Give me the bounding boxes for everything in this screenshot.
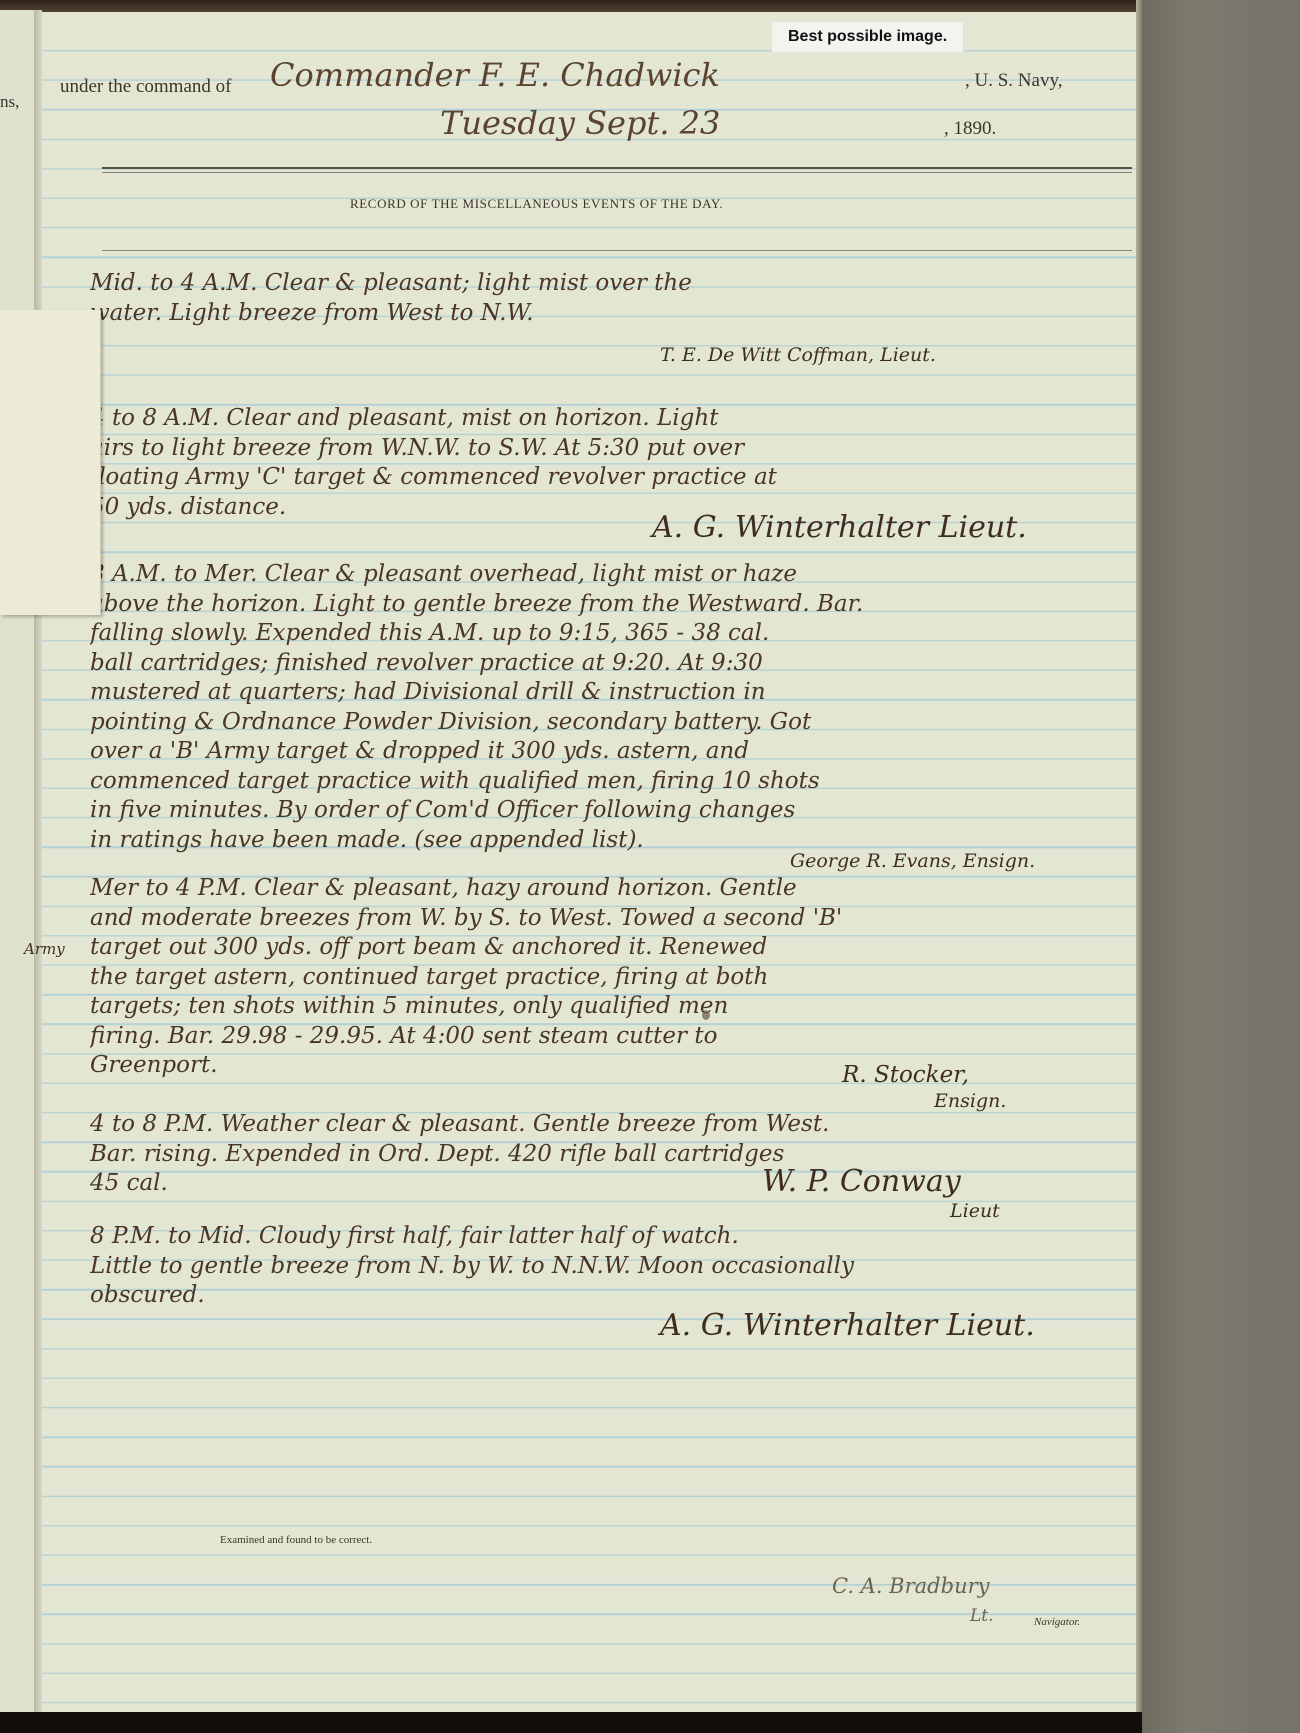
- entry-signature: T. E. De Witt Coffman, Lieut.: [660, 344, 936, 366]
- entry-line: above the horizon. Light to gentle breez…: [90, 590, 1170, 620]
- command-label: under the command of: [60, 76, 231, 98]
- header-divider-thin: [102, 172, 1132, 173]
- log-date: Tuesday Sept. 23: [440, 104, 720, 142]
- log-entry-4-to-8pm: 4 to 8 P.M. Weather clear & pleasant. Ge…: [90, 1110, 1170, 1199]
- entry-line: obscured.: [90, 1281, 1170, 1311]
- log-entry-4-to-8am: 4 to 8 A.M. Clear and pleasant, mist on …: [90, 404, 1170, 522]
- section-divider: [102, 250, 1132, 251]
- entry-line: ball cartridges; finished revolver pract…: [90, 649, 1170, 679]
- header-divider: [102, 167, 1132, 169]
- entry-line: 8 A.M. to Mer. Clear & pleasant overhead…: [90, 560, 1170, 590]
- examined-label: Examined and found to be correct.: [220, 1534, 372, 1546]
- entry-line: Greenport.: [90, 1051, 1170, 1081]
- service-label: , U. S. Navy,: [965, 70, 1062, 92]
- log-entry-meridian-to-4pm: Mer to 4 P.M. Clear & pleasant, hazy aro…: [90, 874, 1170, 1081]
- entry-line: 4 to 8 A.M. Clear and pleasant, mist on …: [90, 404, 1170, 434]
- entry-line: firing. Bar. 29.98 - 29.95. At 4:00 sent…: [90, 1022, 1170, 1052]
- entry-line: falling slowly. Expended this A.M. up to…: [90, 619, 1170, 649]
- log-entry-midnight-to-4am: Mid. to 4 A.M. Clear & pleasant; light m…: [90, 269, 1170, 328]
- entry-signature: W. P. Conway: [762, 1164, 961, 1199]
- entry-line: water. Light breeze from West to N.W.: [90, 299, 1170, 329]
- entry-signature: George R. Evans, Ensign.: [790, 850, 1035, 872]
- entry-line: targets; ten shots within 5 minutes, onl…: [90, 992, 1170, 1022]
- previous-page-fragment: ns,: [0, 92, 19, 112]
- entry-line: Mer to 4 P.M. Clear & pleasant, hazy aro…: [90, 874, 1170, 904]
- navigator-label: Navigator.: [1034, 1616, 1080, 1628]
- margin-note: Army: [24, 940, 65, 958]
- book-cover: [1142, 0, 1300, 1733]
- log-entry-8am-to-meridian: 8 A.M. to Mer. Clear & pleasant overhead…: [90, 560, 1170, 855]
- entry-line: commenced target practice with qualified…: [90, 767, 1170, 797]
- entry-line: target out 300 yds. off port beam & anch…: [90, 933, 1170, 963]
- entry-line: and moderate breezes from W. by S. to We…: [90, 904, 1170, 934]
- paper-tab: [0, 310, 101, 615]
- entry-line: 4 to 8 P.M. Weather clear & pleasant. Ge…: [90, 1110, 1170, 1140]
- previous-page-strip: ns,: [0, 10, 34, 1725]
- page-gutter: [34, 10, 42, 1725]
- entry-signature-title: Ensign.: [934, 1090, 1006, 1112]
- navigator-signature: C. A. Bradbury: [832, 1574, 990, 1598]
- entry-line: in five minutes. By order of Com'd Offic…: [90, 796, 1170, 826]
- entry-signature-title: Lieut: [950, 1200, 1000, 1222]
- entry-line: Mid. to 4 A.M. Clear & pleasant; light m…: [90, 269, 1170, 299]
- log-year: , 1890.: [944, 118, 996, 140]
- navigator-rank: Lt.: [970, 1606, 994, 1626]
- entry-signature: A. G. Winterhalter Lieut.: [660, 1308, 1035, 1343]
- section-title: RECORD OF THE MISCELLANEOUS EVENTS OF TH…: [350, 196, 723, 212]
- entry-line: Little to gentle breeze from N. by W. to…: [90, 1252, 1170, 1282]
- best-possible-image-label: Best possible image.: [772, 22, 963, 52]
- entry-line: the target astern, continued target prac…: [90, 963, 1170, 993]
- entry-signature: R. Stocker,: [842, 1062, 969, 1088]
- log-entry-8pm-to-midnight: 8 P.M. to Mid. Cloudy first half, fair l…: [90, 1222, 1170, 1311]
- entry-signature: A. G. Winterhalter Lieut.: [652, 510, 1027, 545]
- entry-line: pointing & Ordnance Powder Division, sec…: [90, 708, 1170, 738]
- commander-name: Commander F. E. Chadwick: [270, 56, 720, 94]
- book-bottom-edge: [0, 1712, 1142, 1733]
- entry-line: 8 P.M. to Mid. Cloudy first half, fair l…: [90, 1222, 1170, 1252]
- entry-line: Bar. rising. Expended in Ord. Dept. 420 …: [90, 1140, 1170, 1170]
- entry-line: over a 'B' Army target & dropped it 300 …: [90, 737, 1170, 767]
- entry-line: 45 cal.: [90, 1169, 1170, 1199]
- log-page: Best possible image. under the command o…: [42, 12, 1136, 1720]
- ink-blot: [702, 1010, 710, 1020]
- entry-line: floating Army 'C' target & commenced rev…: [90, 463, 1170, 493]
- entry-line: mustered at quarters; had Divisional dri…: [90, 678, 1170, 708]
- entry-line: airs to light breeze from W.N.W. to S.W.…: [90, 434, 1170, 464]
